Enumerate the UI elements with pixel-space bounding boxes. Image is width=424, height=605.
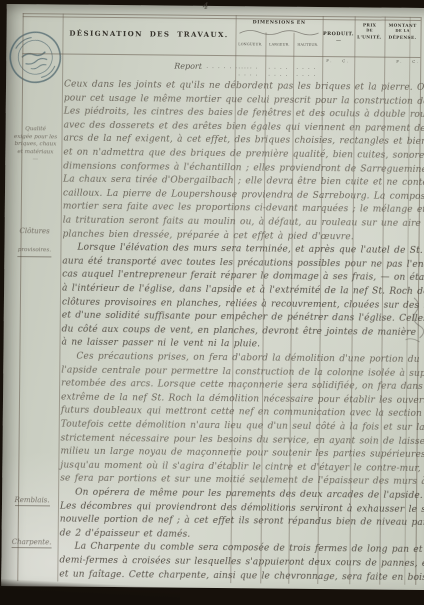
column-header-montant-line3: DÉPENSE. xyxy=(384,34,420,41)
column-header-designation: DÉSIGNATION DES TRAVAUX. xyxy=(64,29,233,40)
report-dots: . . . . . . . . xyxy=(238,63,263,77)
column-header-longueur: LONGUEUR. xyxy=(235,42,265,46)
margin-note-line: provisoires. xyxy=(18,247,51,257)
margin-note-materials: Qualité exigée pour les briques, chaux e… xyxy=(10,126,60,164)
unit-centimes: C. xyxy=(342,58,350,63)
report-dots: . . . . . . . . xyxy=(296,64,320,78)
report-label: Report xyxy=(174,62,202,71)
table-rule xyxy=(22,53,420,58)
page-number-mark: 4 xyxy=(203,2,209,12)
brace-squiggle-icon xyxy=(236,27,323,36)
margin-note-line: Clôtures xyxy=(10,226,60,236)
column-header-prix-line3: L'UNITÉ. xyxy=(354,34,384,41)
unit-francs: F. xyxy=(326,58,333,63)
document-page: 4 DÉSIGNATION DES TRAVAUX. DIMENSIONS EN xyxy=(1,4,424,590)
margin-note-line: — xyxy=(10,156,60,164)
report-dots: . . . . . . . . xyxy=(268,63,291,77)
produit-dash: — xyxy=(322,38,354,44)
column-header-largeur: LARGEUR. xyxy=(265,42,293,46)
unit-centimes: C. xyxy=(412,59,420,64)
unit-francs: F. xyxy=(396,59,403,64)
column-header-produit: PRODUIT. xyxy=(323,31,355,37)
margin-note-line: Remblais. xyxy=(14,496,49,506)
column-header-dimensions: DIMENSIONS EN xyxy=(236,20,323,26)
margin-note-line: Charpente. xyxy=(12,538,52,548)
margin-note-clotures: Clôtures provisoires. xyxy=(9,226,59,257)
margin-note-line: briques, chaux xyxy=(10,141,60,149)
manuscript-line: et un faîtage. Cette charpente, ainsi qu… xyxy=(59,568,424,584)
margin-note-charpente: Charpente. xyxy=(7,538,57,548)
photo-scene: 4 DÉSIGNATION DES TRAVAUX. DIMENSIONS EN xyxy=(0,0,424,605)
column-header-hauteur: HAUTEUR. xyxy=(293,43,322,47)
margin-note-remblais: Remblais. xyxy=(7,496,57,506)
